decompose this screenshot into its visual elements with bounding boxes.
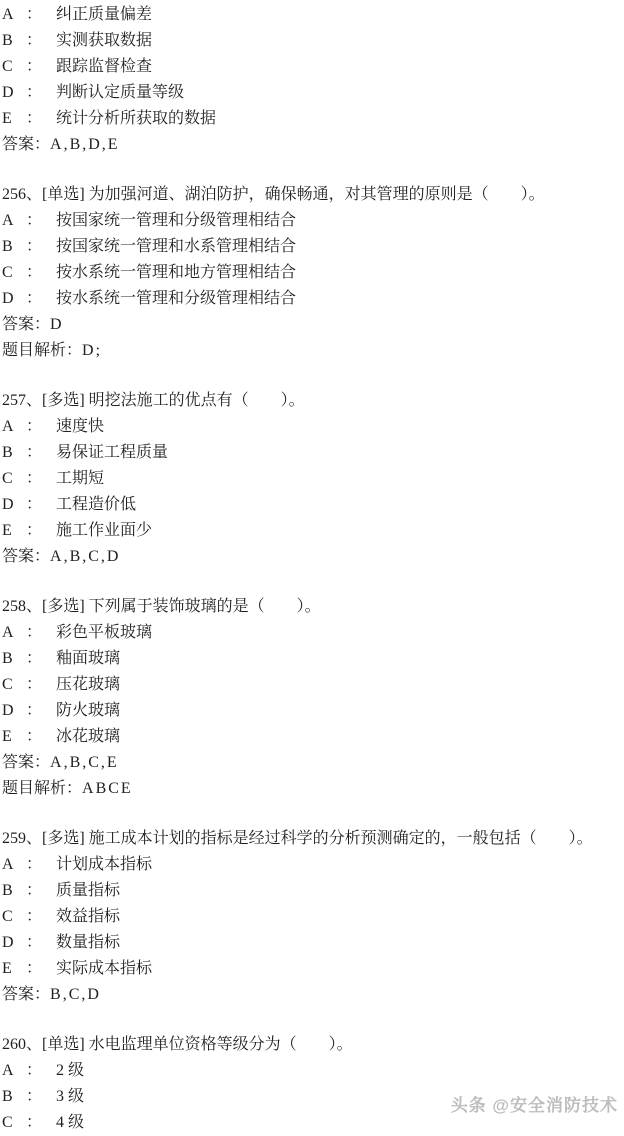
option-colon: ： [26,930,56,956]
option-colon: ： [26,106,56,132]
answer-label: 答案： [2,548,50,565]
option-row: E：统计分析所获取的数据 [2,106,624,132]
answer-value: A,B,D,E [50,136,120,153]
option-label: A [2,1058,26,1084]
option-text: 釉面玻璃 [56,646,120,672]
question-block: 256、[单选] 为加强河道、湖泊防护，确保畅通，对其管理的原则是（ ）。A：按… [2,182,624,364]
option-label: B [2,440,26,466]
option-label: C [2,1110,26,1136]
option-label: A [2,620,26,646]
option-colon: ： [26,852,56,878]
answer-row: 答案：B,C,D [2,982,624,1008]
answer-label: 答案： [2,316,50,333]
option-text: 按水系统一管理和地方管理相结合 [56,260,296,286]
option-label: D [2,698,26,724]
option-colon: ： [26,904,56,930]
answer-value: A,B,C,E [50,754,119,771]
option-row: E：冰花玻璃 [2,724,624,750]
option-text: 质量指标 [56,878,120,904]
option-text: 冰花玻璃 [56,724,120,750]
answer-row: 答案：A,B,D,E [2,132,624,158]
option-row: D：判断认定质量等级 [2,80,624,106]
option-colon: ： [26,466,56,492]
option-label: B [2,646,26,672]
option-text: 按国家统一管理和分级管理相结合 [56,208,296,234]
option-text: 跟踪监督检查 [56,54,152,80]
question-block: 259、[多选] 施工成本计划的指标是经过科学的分析预测确定的，一般包括（ ）。… [2,826,624,1008]
option-row: A：按国家统一管理和分级管理相结合 [2,208,624,234]
option-label: A [2,208,26,234]
question-heading: 256、[单选] 为加强河道、湖泊防护，确保畅通，对其管理的原则是（ ）。 [2,182,624,208]
option-colon: ： [26,234,56,260]
question-heading: 259、[多选] 施工成本计划的指标是经过科学的分析预测确定的，一般包括（ ）。 [2,826,624,852]
option-text: 速度快 [56,414,104,440]
option-label: B [2,1084,26,1110]
option-colon: ： [26,54,56,80]
question-heading: 257、[多选] 明挖法施工的优点有（ ）。 [2,388,624,414]
option-text: 易保证工程质量 [56,440,168,466]
analysis-value: D; [82,342,102,359]
option-colon: ： [26,286,56,312]
option-row: A：彩色平板玻璃 [2,620,624,646]
option-row: C：跟踪监督检查 [2,54,624,80]
option-label: E [2,956,26,982]
option-row: E：实际成本指标 [2,956,624,982]
option-label: D [2,492,26,518]
answer-label: 答案： [2,986,50,1003]
option-colon: ： [26,208,56,234]
option-colon: ： [26,698,56,724]
option-label: D [2,80,26,106]
option-colon: ： [26,28,56,54]
option-label: E [2,106,26,132]
answer-label: 答案： [2,754,50,771]
option-row: A：速度快 [2,414,624,440]
option-label: C [2,466,26,492]
option-colon: ： [26,414,56,440]
option-colon: ： [26,672,56,698]
option-colon: ： [26,80,56,106]
option-row: B：实测获取数据 [2,28,624,54]
option-label: A [2,414,26,440]
option-text: 施工作业面少 [56,518,152,544]
option-text: 工程造价低 [56,492,136,518]
option-label: D [2,930,26,956]
option-colon: ： [26,646,56,672]
option-label: C [2,672,26,698]
analysis-label: 题目解析： [2,780,82,797]
answer-label: 答案： [2,136,50,153]
option-row: C：效益指标 [2,904,624,930]
option-colon: ： [26,1058,56,1084]
watermark: 头条 @安全消防技术 [451,1093,618,1119]
option-row: A：2 级 [2,1058,624,1084]
question-block: 258、[多选] 下列属于装饰玻璃的是（ ）。A：彩色平板玻璃B：釉面玻璃C：压… [2,594,624,802]
option-text: 实际成本指标 [56,956,152,982]
option-text: 计划成本指标 [56,852,152,878]
option-row: B：质量指标 [2,878,624,904]
option-row: A：计划成本指标 [2,852,624,878]
option-text: 数量指标 [56,930,120,956]
option-row: B：釉面玻璃 [2,646,624,672]
answer-value: D [50,316,64,333]
option-text: 4 级 [56,1110,84,1136]
option-text: 实测获取数据 [56,28,152,54]
option-colon: ： [26,878,56,904]
analysis-value: ABCE [82,780,133,797]
option-row: A：纠正质量偏差 [2,2,624,28]
analysis-row: 题目解析：D; [2,338,624,364]
option-colon: ： [26,260,56,286]
option-text: 统计分析所获取的数据 [56,106,216,132]
option-label: A [2,2,26,28]
option-colon: ： [26,2,56,28]
option-row: C：按水系统一管理和地方管理相结合 [2,260,624,286]
option-row: C：压花玻璃 [2,672,624,698]
option-label: C [2,904,26,930]
option-label: E [2,518,26,544]
option-label: E [2,724,26,750]
option-row: B：按国家统一管理和水系管理相结合 [2,234,624,260]
option-colon: ： [26,492,56,518]
analysis-row: 题目解析：ABCE [2,776,624,802]
option-label: D [2,286,26,312]
option-row: B：易保证工程质量 [2,440,624,466]
option-label: B [2,28,26,54]
option-text: 压花玻璃 [56,672,120,698]
option-label: B [2,234,26,260]
option-text: 纠正质量偏差 [56,2,152,28]
option-text: 效益指标 [56,904,120,930]
option-colon: ： [26,956,56,982]
option-colon: ： [26,1084,56,1110]
option-text: 2 级 [56,1058,84,1084]
option-text: 防火玻璃 [56,698,120,724]
option-row: E：施工作业面少 [2,518,624,544]
option-text: 3 级 [56,1084,84,1110]
option-label: B [2,878,26,904]
option-text: 判断认定质量等级 [56,80,184,106]
option-colon: ： [26,1110,56,1136]
option-row: D：工程造价低 [2,492,624,518]
answer-row: 答案：A,B,C,D [2,544,624,570]
option-row: D：防火玻璃 [2,698,624,724]
question-heading: 258、[多选] 下列属于装饰玻璃的是（ ）。 [2,594,624,620]
option-row: C：工期短 [2,466,624,492]
question-list: A：纠正质量偏差B：实测获取数据C：跟踪监督检查D：判断认定质量等级E：统计分析… [2,2,624,1136]
analysis-label: 题目解析： [2,342,82,359]
answer-row: 答案：D [2,312,624,338]
question-block: 257、[多选] 明挖法施工的优点有（ ）。A：速度快B：易保证工程质量C：工期… [2,388,624,570]
option-text: 按水系统一管理和分级管理相结合 [56,286,296,312]
question-block: 260、[单选] 水电监理单位资格等级分为（ ）。A：2 级B：3 级C：4 级 [2,1032,624,1136]
option-label: A [2,852,26,878]
option-colon: ： [26,518,56,544]
option-colon: ： [26,440,56,466]
option-colon: ： [26,724,56,750]
option-row: D：数量指标 [2,930,624,956]
option-row: D：按水系统一管理和分级管理相结合 [2,286,624,312]
option-text: 工期短 [56,466,104,492]
option-colon: ： [26,620,56,646]
answer-value: B,C,D [50,986,101,1003]
question-block: A：纠正质量偏差B：实测获取数据C：跟踪监督检查D：判断认定质量等级E：统计分析… [2,2,624,158]
question-heading: 260、[单选] 水电监理单位资格等级分为（ ）。 [2,1032,624,1058]
option-label: C [2,260,26,286]
option-text: 彩色平板玻璃 [56,620,152,646]
answer-value: A,B,C,D [50,548,120,565]
answer-row: 答案：A,B,C,E [2,750,624,776]
option-label: C [2,54,26,80]
option-text: 按国家统一管理和水系管理相结合 [56,234,296,260]
